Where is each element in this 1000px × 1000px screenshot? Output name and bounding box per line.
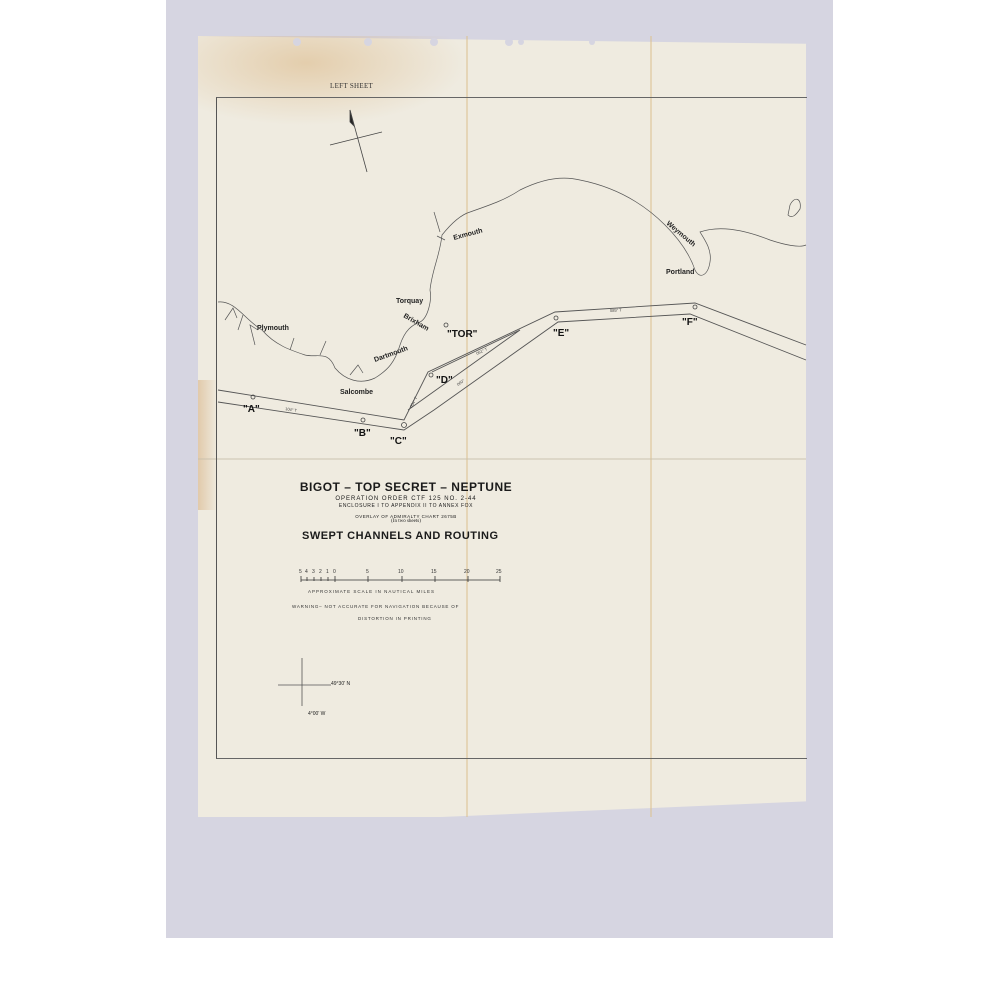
title-block: BIGOT – TOP SECRET – NEPTUNE OPERATION O… xyxy=(286,480,526,542)
operation-order: OPERATION ORDER CTF 125 NO. 2-44 xyxy=(286,496,526,502)
course-label: 085° T xyxy=(610,307,623,313)
svg-text:25: 25 xyxy=(496,569,502,575)
warning-text: WARNING– NOT ACCURATE FOR NAVIGATION BEC… xyxy=(292,604,459,609)
svg-text:5: 5 xyxy=(299,569,302,575)
svg-text:15: 15 xyxy=(431,569,437,575)
place-label: Dartmouth xyxy=(373,345,409,364)
coastline xyxy=(218,178,806,381)
svg-text:5: 5 xyxy=(366,569,369,575)
waypoint-tor: "TOR" xyxy=(447,329,478,340)
svg-text:1: 1 xyxy=(326,569,329,575)
waypoint-e: "E" xyxy=(553,328,569,339)
waypoint-markers xyxy=(251,305,697,428)
waypoint-a: "A" xyxy=(243,404,260,415)
warning-text: DISTORTION IN PRINTING xyxy=(358,616,432,621)
north-arrow-icon xyxy=(330,110,382,172)
place-label: Exmouth xyxy=(453,227,484,242)
course-label: 061° T xyxy=(475,346,488,356)
course-label: 054° T xyxy=(408,395,418,408)
waypoint-f: "F" xyxy=(682,317,698,328)
scale-ticks: 5 4 3 2 1 0 5 10 15 20 25 xyxy=(299,569,502,575)
svg-text:2: 2 xyxy=(319,569,322,575)
place-label: Salcombe xyxy=(340,389,373,396)
svg-text:4: 4 xyxy=(305,569,308,575)
waypoint-d: "D" xyxy=(436,375,453,386)
latitude-label: 49°30' N xyxy=(331,681,350,687)
document-subtitle: SWEPT CHANNELS AND ROUTING xyxy=(286,530,526,542)
svg-text:0: 0 xyxy=(333,569,336,575)
enclosure-line: ENCLOSURE I TO APPENDIX II TO ANNEX FOX xyxy=(286,503,526,509)
svg-text:10: 10 xyxy=(398,569,404,575)
course-label: 104° T xyxy=(285,406,298,413)
svg-text:3: 3 xyxy=(312,569,315,575)
place-label: Plymouth xyxy=(257,325,289,332)
course-label: 060° xyxy=(456,378,466,387)
longitude-label: 4°00' W xyxy=(308,711,325,717)
document-title: BIGOT – TOP SECRET – NEPTUNE xyxy=(286,480,526,494)
svg-text:20: 20 xyxy=(464,569,470,575)
waypoint-b: "B" xyxy=(354,428,371,439)
sheets-note: (In two sheets) xyxy=(286,519,526,524)
place-label: Torquay xyxy=(396,298,423,305)
place-label: Weymouth xyxy=(665,220,697,248)
scale-bar xyxy=(301,576,500,582)
graticule-cross xyxy=(278,658,331,706)
scale-caption: APPROXIMATE SCALE IN NAUTICAL MILES xyxy=(308,589,435,594)
place-label: Portland xyxy=(666,269,694,276)
waypoint-c: "C" xyxy=(390,436,407,447)
swept-channels xyxy=(218,303,806,430)
